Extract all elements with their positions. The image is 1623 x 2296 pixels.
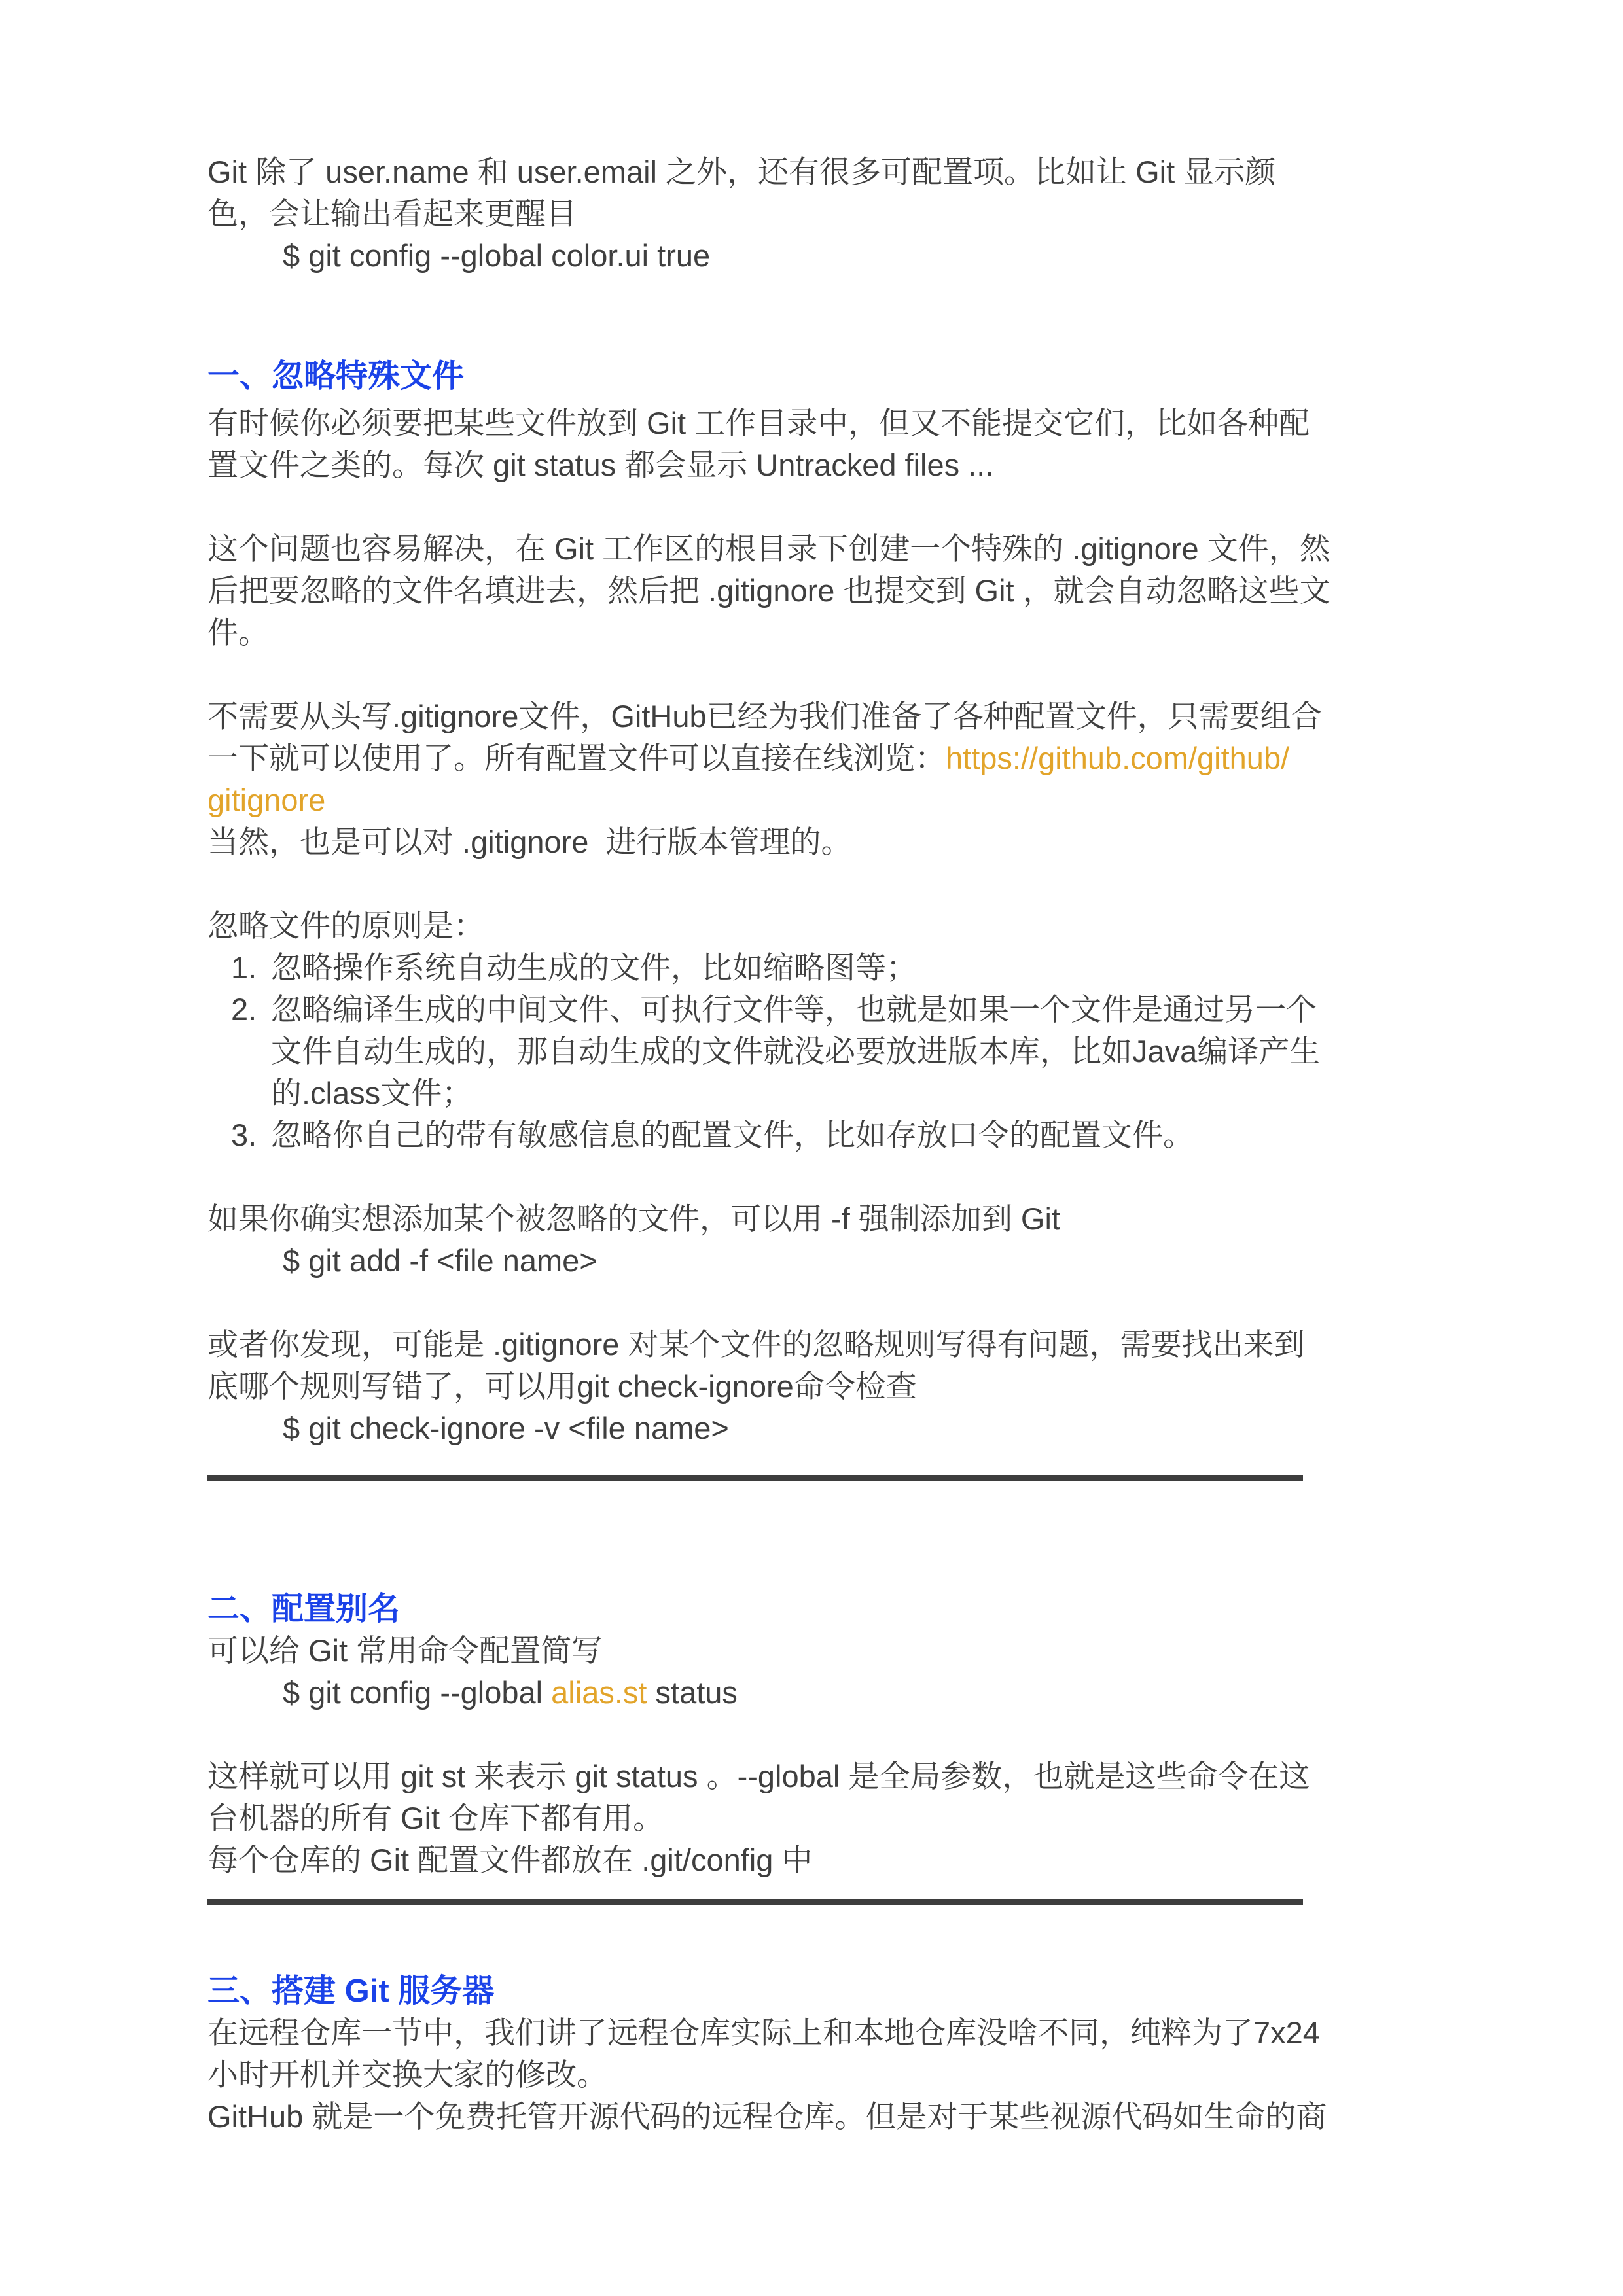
paragraph: 可以给 Git 常用命令配置简写 $ git config --global a… <box>207 1630 1427 1714</box>
paragraph-line: 后把要忽略的文件名填进去，然后把 .gitignore 也提交到 Git ，就会… <box>207 570 1427 612</box>
paragraph-line: 当然，也是可以对 .gitignore 进行版本管理的。 <box>207 821 1427 863</box>
paragraph-line: 文件自动生成的，那自动生成的文件就没必要放进版本库，比如Java编译产生 <box>271 1031 1320 1072</box>
ignore-rules-block: 忽略文件的原则是： 1. 忽略操作系统自动生成的文件，比如缩略图等； 2. 忽略… <box>207 905 1427 1156</box>
paragraph: 这个问题也容易解决，在 Git 工作区的根目录下创建一个特殊的 .gitigno… <box>207 528 1427 654</box>
code-text: status <box>647 1675 737 1710</box>
document-page: Git 除了 user.name 和 user.email 之外，还有很多可配置… <box>0 0 1623 2296</box>
paragraph: 这样就可以用 git st 来表示 git status 。--global 是… <box>207 1756 1427 1881</box>
alias-highlight: alias.st <box>551 1675 647 1710</box>
list-item-number: 1. <box>231 947 271 989</box>
code-line: $ git config --global color.ui true <box>207 235 1427 277</box>
paragraph-line: 这样就可以用 git st 来表示 git status 。--global 是… <box>207 1756 1427 1797</box>
paragraph-line: 如果你确实想添加某个被忽略的文件，可以用 -f 强制添加到 Git <box>207 1198 1427 1240</box>
paragraph-line: 置文件之类的。每次 git status 都会显示 Untracked file… <box>207 444 1427 486</box>
section-divider <box>207 1899 1303 1905</box>
list-item: 3. 忽略你自己的带有敏感信息的配置文件，比如存放口令的配置文件。 <box>207 1114 1427 1156</box>
paragraph: 不需要从头写.gitignore文件，GitHub已经为我们准备了各种配置文件，… <box>207 696 1427 863</box>
paragraph-line: 或者你发现，可能是 .gitignore 对某个文件的忽略规则写得有问题，需要找… <box>207 1324 1427 1366</box>
paragraph-line: 在远程仓库一节中，我们讲了远程仓库实际上和本地仓库没啥不同，纯粹为了7x24 <box>207 2012 1427 2054</box>
paragraph-line: 台机器的所有 Git 仓库下都有用。 <box>207 1797 1427 1839</box>
list-item-number: 2. <box>231 989 271 1114</box>
paragraph-line: 件。 <box>207 612 1427 654</box>
paragraph: 如果你确实想添加某个被忽略的文件，可以用 -f 强制添加到 Git $ git … <box>207 1198 1427 1282</box>
intro-paragraph: Git 除了 user.name 和 user.email 之外，还有很多可配置… <box>207 151 1427 277</box>
paragraph-line: 一下就可以使用了。所有配置文件可以直接在线浏览：https://github.c… <box>207 737 1427 779</box>
code-line: $ git check-ignore -v <file name> <box>207 1407 1427 1449</box>
paragraph: 或者你发现，可能是 .gitignore 对某个文件的忽略规则写得有问题，需要找… <box>207 1324 1427 1449</box>
paragraph-line: 忽略文件的原则是： <box>207 905 1427 947</box>
paragraph-line: Git 除了 user.name 和 user.email 之外，还有很多可配置… <box>207 151 1427 193</box>
list-item-body: 忽略操作系统自动生成的文件，比如缩略图等； <box>271 947 917 989</box>
paragraph-line: GitHub 就是一个免费托管开源代码的远程仓库。但是对于某些视源代码如生命的商 <box>207 2096 1427 2138</box>
paragraph-text: 一下就可以使用了。所有配置文件可以直接在线浏览： <box>207 741 946 775</box>
list-item: 2. 忽略编译生成的中间文件、可执行文件等，也就是如果一个文件是通过另一个 文件… <box>207 989 1427 1114</box>
gitignore-repo-link[interactable]: https://github.com/github/ <box>946 741 1289 775</box>
paragraph-line: 小时开机并交换大家的修改。 <box>207 2054 1427 2096</box>
paragraph-line: 的.class文件； <box>271 1072 1320 1114</box>
paragraph-line: 忽略你自己的带有敏感信息的配置文件，比如存放口令的配置文件。 <box>271 1114 1194 1156</box>
code-text: $ git config --global <box>283 1675 551 1710</box>
list-item-body: 忽略编译生成的中间文件、可执行文件等，也就是如果一个文件是通过另一个 文件自动生… <box>271 989 1320 1114</box>
section-heading-git-server: 三、搭建 Git 服务器 <box>207 1970 1427 2012</box>
paragraph-line: 忽略编译生成的中间文件、可执行文件等，也就是如果一个文件是通过另一个 <box>271 989 1320 1031</box>
list-item: 1. 忽略操作系统自动生成的文件，比如缩略图等； <box>207 947 1427 989</box>
paragraph-line: 底哪个规则写错了，可以用git check-ignore命令检查 <box>207 1366 1427 1407</box>
paragraph-line: 忽略操作系统自动生成的文件，比如缩略图等； <box>271 947 917 989</box>
paragraph-line: 色，会让输出看起来更醒目 <box>207 193 1427 235</box>
section-divider <box>207 1475 1303 1481</box>
code-line: $ git config --global alias.st status <box>207 1672 1427 1714</box>
code-line: $ git add -f <file name> <box>207 1240 1427 1282</box>
list-item-body: 忽略你自己的带有敏感信息的配置文件，比如存放口令的配置文件。 <box>271 1114 1194 1156</box>
paragraph-line: 不需要从头写.gitignore文件，GitHub已经为我们准备了各种配置文件，… <box>207 696 1427 737</box>
paragraph-line: gitignore <box>207 779 1427 821</box>
paragraph-line: 这个问题也容易解决，在 Git 工作区的根目录下创建一个特殊的 .gitigno… <box>207 528 1427 570</box>
list-item-number: 3. <box>231 1114 271 1156</box>
gitignore-repo-link[interactable]: gitignore <box>207 783 325 817</box>
paragraph: 有时候你必须要把某些文件放到 Git 工作目录中，但又不能提交它们，比如各种配 … <box>207 402 1427 486</box>
paragraph: 在远程仓库一节中，我们讲了远程仓库实际上和本地仓库没啥不同，纯粹为了7x24 小… <box>207 2012 1427 2138</box>
paragraph-line: 每个仓库的 Git 配置文件都放在 .git/config 中 <box>207 1839 1427 1881</box>
section-heading-ignore-files: 一、忽略特殊文件 <box>207 355 1427 397</box>
paragraph-line: 有时候你必须要把某些文件放到 Git 工作目录中，但又不能提交它们，比如各种配 <box>207 402 1427 444</box>
paragraph-line: 可以给 Git 常用命令配置简写 <box>207 1630 1427 1672</box>
section-heading-alias: 二、配置别名 <box>207 1588 1427 1630</box>
